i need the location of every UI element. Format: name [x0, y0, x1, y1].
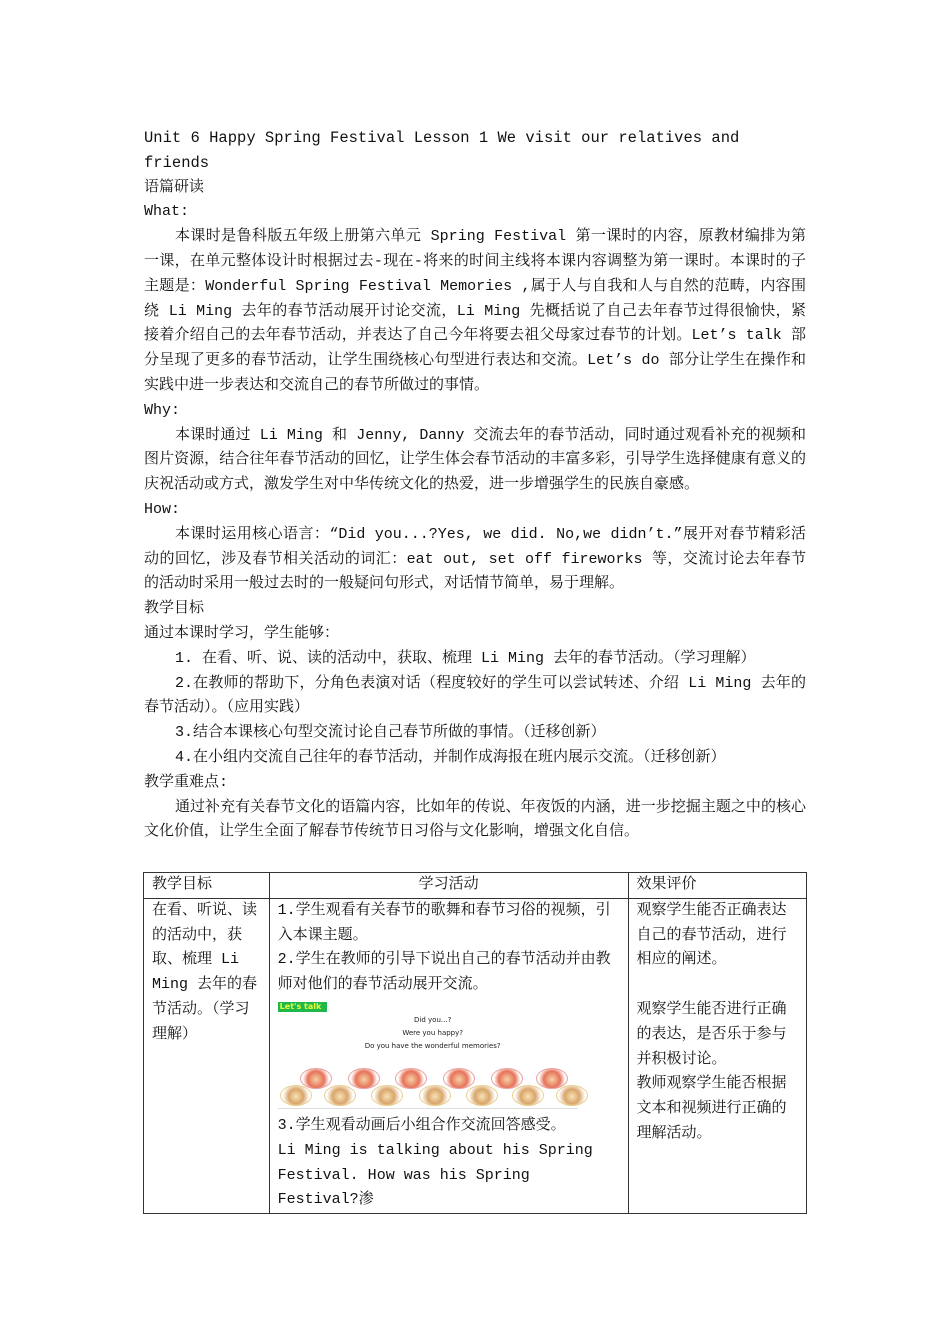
evaluation-1: 观察学生能否正确表达自己的春节活动，进行相应的阐述。 [637, 899, 798, 973]
visit-illustration-icon [419, 1085, 451, 1106]
figure-question: Were you happy? [278, 1029, 588, 1038]
activity-1: 1.学生观看有关春节的歌舞和春节习俗的视频，引入本课主题。 [278, 899, 620, 949]
objectives-intro: 通过本课时学习，学生能够： [144, 622, 806, 647]
greeting-illustration-icon [371, 1085, 403, 1106]
header-activity: 学习活动 [269, 873, 628, 899]
lets-talk-figure: Let's talk Did you...? Were you happy? D… [278, 1002, 620, 1112]
figure-question: Did you...? [278, 1016, 588, 1025]
dinner-illustration-icon [556, 1085, 588, 1106]
key-points-paragraph: 通过补充有关春节文化的语篇内容，比如年的传说、年夜饭的内涵，进一步挖掘主题之中的… [144, 796, 806, 846]
how-paragraph: 本课时运用核心语言：“Did you...?Yes, we did. No,we… [144, 523, 806, 597]
evaluation-3: 教师观察学生能否根据文本和视频进行正确的理解活动。 [637, 1072, 798, 1146]
lets-talk-badge: Let's talk [278, 1002, 328, 1012]
lantern-illustration-icon [348, 1068, 380, 1089]
dumplings-illustration-icon [280, 1085, 312, 1106]
couplets-illustration-icon [512, 1085, 544, 1106]
objectives-heading: 教学目标 [144, 597, 806, 622]
activity-3: 3.学生观看动画后小组合作交流回答感受。 [278, 1114, 620, 1139]
goal-text: 在看、听说、读的活动中，获取、梳理 Li Ming 去年的春节活动。（学习理解） [152, 899, 261, 1048]
lesson-plan-table: 教学目标 学习活动 效果评价 在看、听说、读的活动中，获取、梳理 Li Ming… [143, 872, 807, 1214]
festival-illustrations [278, 1066, 588, 1106]
spacer [637, 973, 798, 998]
figure-question: Do you have the wonderful memories? [278, 1042, 588, 1051]
cell-activity: 1.学生观看有关春节的歌舞和春节习俗的视频，引入本课主题。 2.学生在教师的引导… [269, 898, 628, 1213]
what-paragraph: 本课时是鲁科版五年级上册第六单元 Spring Festival 第一课时的内容… [144, 225, 806, 399]
what-label: What: [144, 200, 806, 225]
key-points-heading: 教学重难点: [144, 771, 806, 796]
document-page: Unit 6 Happy Spring Festival Lesson 1 We… [144, 126, 806, 845]
table-header-row: 教学目标 学习活动 效果评价 [144, 873, 807, 899]
cell-evaluation: 观察学生能否正确表达自己的春节活动，进行相应的阐述。 观察学生能否进行正确的表达… [628, 898, 806, 1213]
fireworks-illustration-icon [466, 1085, 498, 1106]
figure-divider [278, 1108, 578, 1109]
why-label: Why: [144, 399, 806, 424]
activity-2: 2.学生在教师的引导下说出自己的春节活动并由教师对他们的春节活动展开交流。 [278, 948, 620, 998]
header-goal: 教学目标 [144, 873, 270, 899]
table-row: 在看、听说、读的活动中，获取、梳理 Li Ming 去年的春节活动。（学习理解）… [144, 898, 807, 1213]
why-paragraph: 本课时通过 Li Ming 和 Jenny, Danny 交流去年的春节活动，同… [144, 424, 806, 498]
document-title: Unit 6 Happy Spring Festival Lesson 1 We… [144, 126, 806, 176]
section-heading-reading: 语篇研读 [144, 176, 806, 201]
objective-item: 4.在小组内交流自己往年的春节活动，并制作成海报在班内展示交流。（迁移创新） [144, 746, 806, 771]
firecracker-illustration-icon [324, 1085, 356, 1106]
temple-illustration-icon [395, 1068, 427, 1089]
cell-goal: 在看、听说、读的活动中，获取、梳理 Li Ming 去年的春节活动。（学习理解） [144, 898, 270, 1213]
children-illustration-icon [491, 1068, 523, 1089]
lion-dance-illustration-icon [443, 1068, 475, 1089]
header-evaluation: 效果评价 [628, 873, 806, 899]
evaluation-2: 观察学生能否进行正确的表达，是否乐于参与并积极讨论。 [637, 998, 798, 1072]
objective-item: 3.结合本课核心句型交流讨论自己春节所做的事情。（迁移创新） [144, 721, 806, 746]
how-label: How: [144, 498, 806, 523]
objective-item: 2.在教师的帮助下，分角色表演对话（程度较好的学生可以尝试转述、介绍 Li Mi… [144, 672, 806, 722]
activity-3-english: Li Ming is talking about his Spring Fest… [278, 1139, 620, 1213]
objective-item: 1. 在看、听、说、读的活动中，获取、梳理 Li Ming 去年的春节活动。（学… [144, 647, 806, 672]
